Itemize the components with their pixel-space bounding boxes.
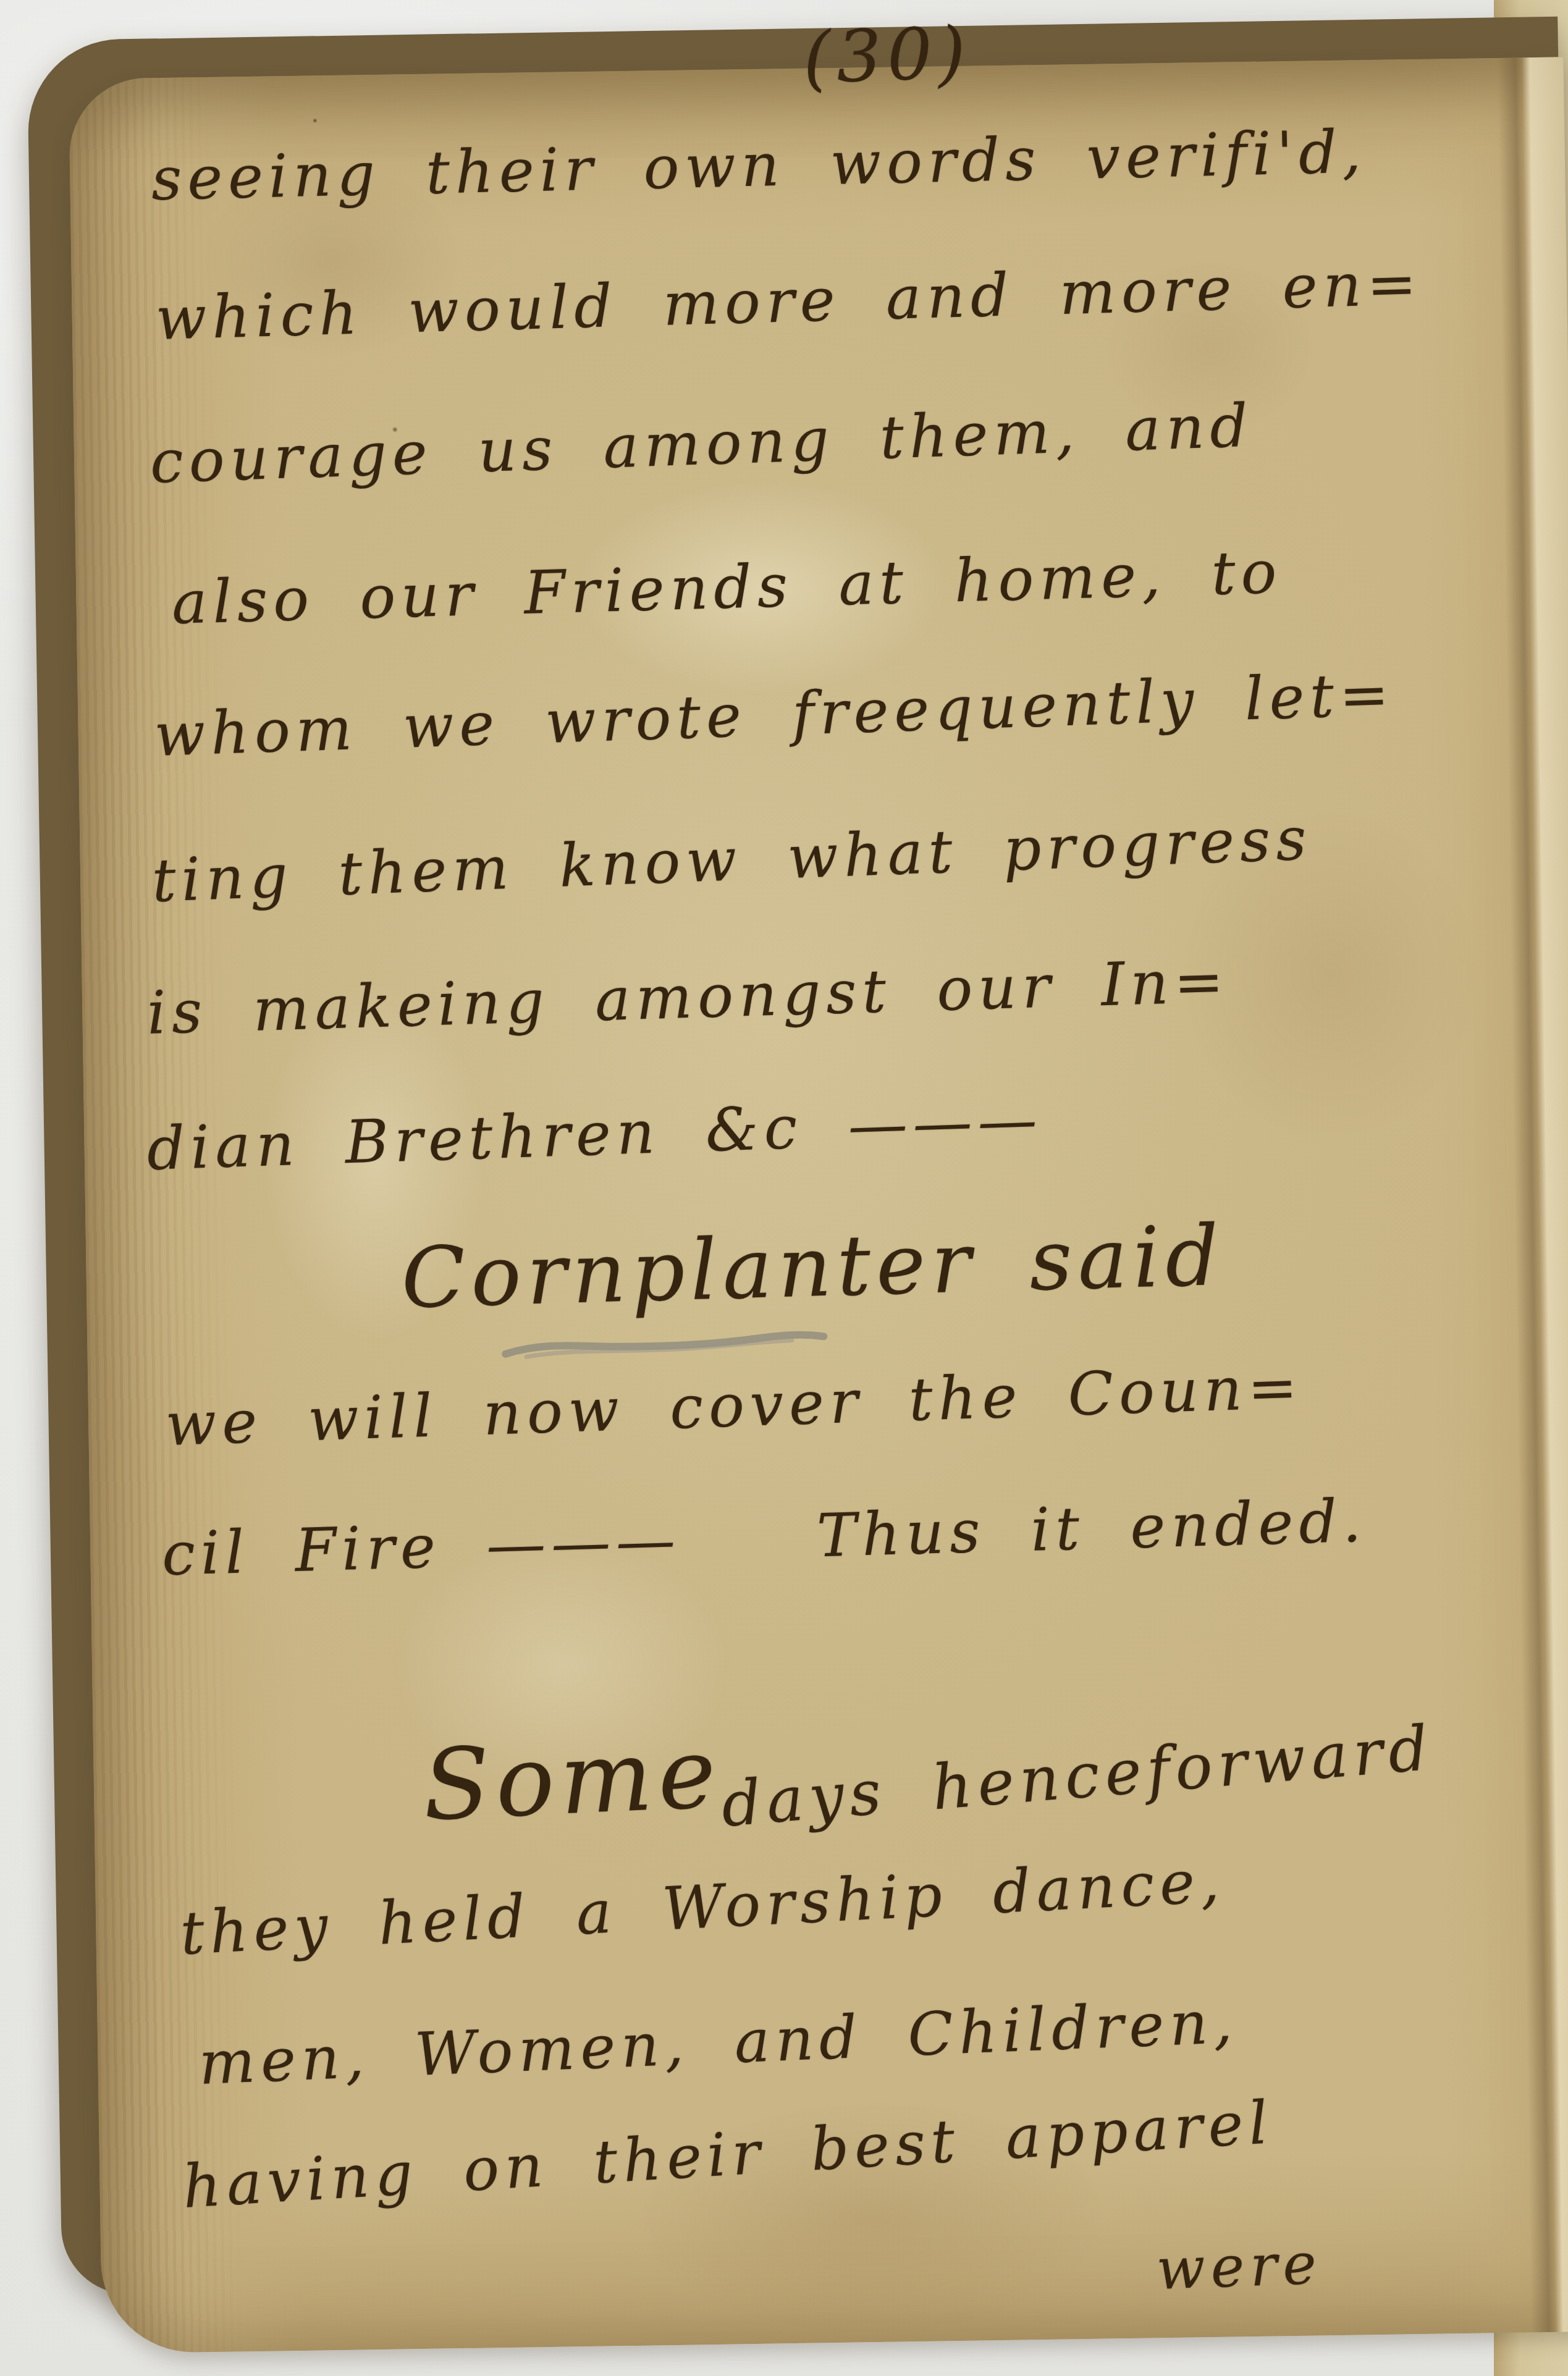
- manuscript-line: men, Women, and Children,: [198, 1992, 1239, 2093]
- manuscript-line: whom we wrote freequently let=: [153, 664, 1395, 765]
- manuscript-line: we will now cover the Coun=: [164, 1357, 1304, 1454]
- manuscript-line: ting them know what progress: [151, 809, 1313, 911]
- manuscript-line: is makeing amongst our In=: [146, 951, 1230, 1043]
- manuscript-line: seeing their own words verifi'd,: [151, 122, 1367, 209]
- manuscript-line: courage us among them, and: [149, 396, 1254, 492]
- manuscript-line-large-word: Some: [421, 1724, 723, 1835]
- manuscript-line: they held a Worship dance,: [179, 1851, 1226, 1963]
- manuscript-line-speaker: Cornplanter said: [400, 1214, 1225, 1320]
- manuscript-line: days henceforward: [719, 1717, 1436, 1835]
- manuscript-line: having on their best apparel: [181, 2092, 1275, 2217]
- catchword: were: [1155, 2236, 1323, 2298]
- manuscript-line: which would more and more en=: [155, 254, 1423, 348]
- manuscript-line: cil Fire ——— Thus it ended.: [161, 1491, 1368, 1584]
- pencil-underline: [501, 1319, 830, 1373]
- manuscript-line: also our Friends at home, to: [171, 542, 1283, 633]
- handwriting-layer: (30) seeing their own words verifi'd, wh…: [0, 0, 1568, 2376]
- page-number: (30): [802, 18, 972, 95]
- manuscript-line: dian Brethren &c ———: [146, 1090, 1043, 1179]
